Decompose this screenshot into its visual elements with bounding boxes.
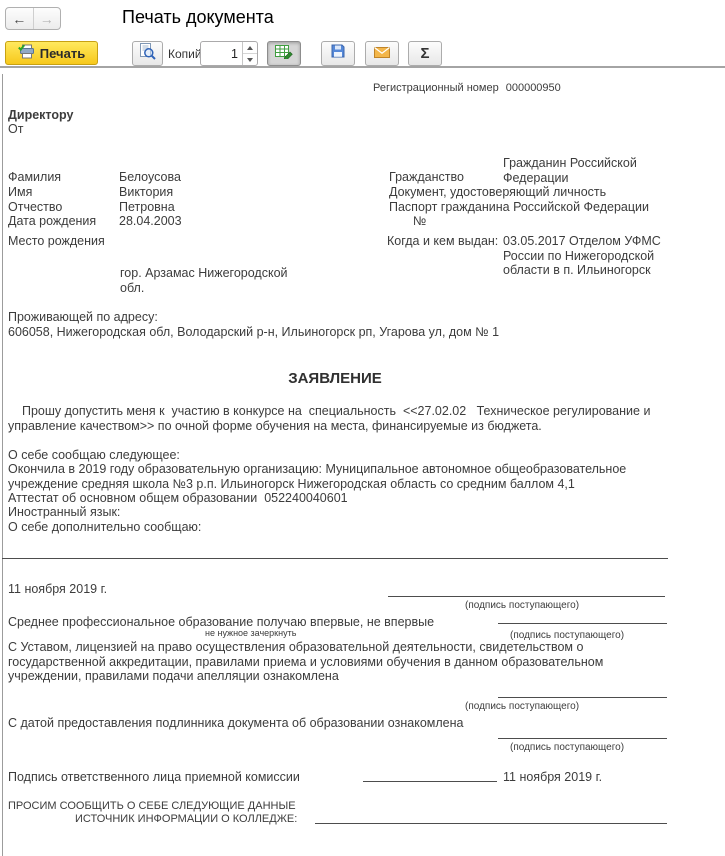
copies-value[interactable]: 1	[201, 47, 242, 61]
signature-caption-3: (подпись поступающего)	[465, 701, 579, 713]
date-right: 11 ноября 2019 г.	[503, 770, 602, 785]
stepper-down-button[interactable]	[243, 54, 257, 65]
table-edit-icon	[275, 44, 293, 64]
committee-signature-label: Подпись ответственного лица приемной ком…	[8, 770, 300, 785]
print-button-label: Печать	[40, 46, 85, 61]
document-left-border	[2, 74, 3, 856]
field-label-middlename: Отчество	[8, 200, 62, 215]
email-icon	[374, 45, 390, 63]
field-value-surname: Белоусова	[119, 170, 181, 185]
nav-history-group: ← →	[5, 7, 61, 30]
stepper-arrows	[242, 42, 257, 65]
strike-note: не нужное зачеркнуть	[205, 628, 296, 639]
signature-caption-4: (подпись поступающего)	[510, 742, 624, 754]
request-paragraph: Прошу допустить меня к участию в конкурс…	[8, 404, 668, 433]
registration-number: Регистрационный номер000000950	[373, 82, 561, 94]
field-value-birthplace: гор. Арзамас Нижегородской обл.	[120, 266, 288, 295]
id-document-type: Паспорт гражданина Российской Федерации	[389, 200, 649, 215]
printer-icon	[18, 44, 35, 62]
info-source-line	[315, 823, 667, 824]
field-label-firstname: Имя	[8, 185, 32, 200]
down-arrow-icon	[247, 58, 253, 62]
about-heading: О себе сообщаю следующее:	[8, 448, 180, 463]
forward-arrow-icon: →	[40, 11, 54, 27]
save-icon	[331, 44, 345, 63]
issued-value: 03.05.2017 Отделом УФМС России по Нижего…	[503, 234, 661, 278]
signature-line-2	[498, 623, 667, 624]
toolbar-separator	[0, 66, 725, 68]
citizenship-label: Гражданство	[389, 170, 464, 185]
print-button[interactable]: Печать	[5, 41, 98, 65]
up-arrow-icon	[247, 46, 253, 50]
certificate-line: Аттестат об основном общем образовании 0…	[8, 491, 348, 506]
print-preview-icon	[139, 43, 156, 65]
address-value: 606058, Нижегородская обл, Володарский р…	[8, 325, 499, 340]
forward-button[interactable]: →	[33, 8, 61, 29]
signature-line-1	[388, 596, 665, 597]
field-label-surname: Фамилия	[8, 170, 61, 185]
request-data-line: ПРОСИМ СООБЩИТЬ О СЕБЕ СЛЕДУЮЩИЕ ДАННЫЕ	[8, 800, 296, 813]
signature-line-3	[498, 697, 667, 698]
back-arrow-icon: ←	[12, 11, 26, 27]
foreign-language-label: Иностранный язык:	[8, 505, 120, 520]
id-number-label: №	[413, 214, 426, 229]
education-paragraph: Окончила в 2019 году образовательную орг…	[8, 462, 673, 491]
sigma-icon: Σ	[420, 45, 429, 62]
id-document-label: Документ, удостоверяющий личность	[389, 185, 606, 200]
field-value-birthdate: 28.04.2003	[119, 214, 182, 229]
charter-paragraph: С Уставом, лицензией на право осуществле…	[8, 640, 673, 684]
issued-label: Когда и кем выдан:	[387, 234, 498, 249]
address-label: Проживающей по адресу:	[8, 310, 158, 325]
page-title: Печать документа	[122, 7, 274, 28]
table-settings-button[interactable]	[267, 41, 301, 66]
field-value-middlename: Петровна	[119, 200, 175, 215]
save-button[interactable]	[321, 41, 355, 66]
signature-caption-1: (подпись поступающего)	[465, 600, 579, 612]
field-label-birthdate: Дата рождения	[8, 214, 96, 229]
from-label: От	[8, 122, 23, 137]
email-button[interactable]	[365, 41, 399, 66]
print-document-window: ← → Печать документа Печать Ко	[0, 0, 725, 856]
original-doc-line: С датой предоставления подлинника докуме…	[8, 716, 463, 731]
section-divider-line	[2, 558, 668, 559]
statement-title: ЗАЯВЛЕНИЕ	[0, 370, 670, 387]
date-left: 11 ноября 2019 г.	[8, 582, 107, 597]
signature-line-4	[498, 738, 667, 739]
sum-button[interactable]: Σ	[408, 41, 442, 66]
info-source-label: ИСТОЧНИК ИНФОРМАЦИИ О КОЛЛЕДЖЕ:	[75, 813, 297, 826]
field-label-birthplace: Место рождения	[8, 234, 105, 249]
stepper-up-button[interactable]	[243, 42, 257, 54]
citizenship-value: Гражданин Российской Федерации	[503, 156, 637, 185]
committee-signature-line	[363, 781, 497, 782]
copies-stepper[interactable]: 1	[200, 41, 258, 66]
registration-number-label: Регистрационный номер	[373, 82, 499, 94]
director-label: Директору	[8, 108, 73, 123]
print-preview-button[interactable]	[132, 41, 163, 66]
additional-info-label: О себе дополнительно сообщаю:	[8, 520, 201, 535]
field-value-firstname: Виктория	[119, 185, 173, 200]
registration-number-value: 000000950	[506, 82, 561, 94]
back-button[interactable]: ←	[6, 8, 33, 29]
